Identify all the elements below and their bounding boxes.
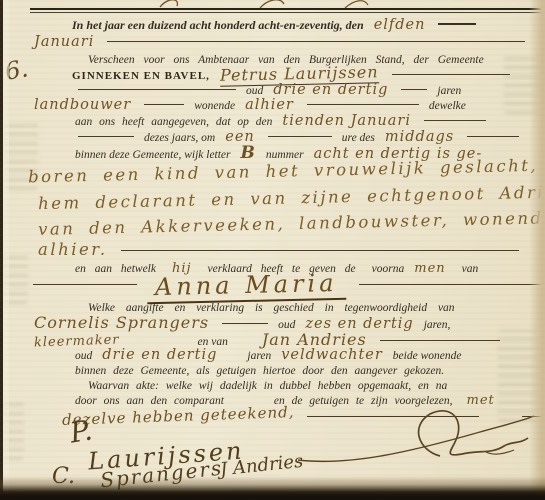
ruled-line <box>307 104 419 105</box>
printed-year-text: In het jaar een duizend acht honderd ach… <box>72 18 364 32</box>
handwritten-occupation: landbouwer <box>34 97 131 113</box>
page-bottom-edge <box>0 476 545 500</box>
printed-closing-2b: en de getuigen te zijn voorgelezen, <box>274 395 453 407</box>
ruled-line <box>392 74 510 75</box>
intro-month-line: Januari <box>34 33 531 51</box>
ruled-line <box>222 323 268 324</box>
ruled-line <box>401 89 427 90</box>
page-left-highlight <box>3 0 9 500</box>
handwritten-met: met <box>467 393 495 408</box>
ruled-line <box>107 41 525 42</box>
ruled-line <box>359 284 545 285</box>
birth-certificate-page: 6. In het jaar een duizend acht honderd … <box>0 0 545 500</box>
registrar-signature <box>290 408 540 476</box>
page-right-edge <box>529 0 545 500</box>
handwritten-residence: alhier <box>245 97 294 113</box>
handwritten-geteekend: dezelve hebben geteekend, <box>62 403 295 429</box>
birth-text-line-4: alhier. <box>38 240 525 260</box>
printed-nummer: nummer <box>266 149 304 161</box>
ruled-line <box>121 250 519 251</box>
handwritten-birth-line3: van den Akkerveeken, landbouwster, wonen… <box>38 208 545 239</box>
handwritten-birth-line4: alhier. <box>38 240 108 259</box>
handwritten-birth-date: tienden Januari <box>282 113 411 129</box>
printed-wijk-text: binnen deze Gemeente, wijk letter <box>75 149 231 161</box>
top-divider-rule-2 <box>30 12 541 13</box>
ruled-line <box>144 104 184 105</box>
handwritten-day: elfden <box>374 17 426 33</box>
ruled-line <box>438 23 476 25</box>
printed-wonende: wonende <box>194 100 235 112</box>
ruled-line <box>467 136 519 137</box>
handwritten-wijk-letter: B <box>241 143 256 163</box>
ruled-line <box>380 340 500 341</box>
birth-text-line-1: boren een kind van het vrouwelijk geslac… <box>28 161 545 181</box>
intro-year-line: In het jaar een duizend acht honderd ach… <box>72 16 482 34</box>
ruled-line <box>78 89 236 90</box>
top-divider-rule <box>30 8 541 10</box>
birth-text-line-2: hem declarant en van zijne echtgenoot Ad… <box>38 188 545 208</box>
printed-dewelke: dewelke <box>429 100 466 112</box>
ruled-line <box>268 136 332 137</box>
birth-text-line-3: van den Akkerveeken, landbouwster, wonen… <box>38 214 545 234</box>
handwritten-month: Januari <box>34 34 94 50</box>
ruled-line <box>78 136 134 137</box>
ruled-line <box>33 284 137 285</box>
handwritten-birth-line2: hem declarant en van zijne echtgenoot Ad… <box>38 182 545 213</box>
printed-reported-text: aan ons heeft aangegeven, dat op den <box>75 116 272 128</box>
ruled-line <box>424 120 486 121</box>
